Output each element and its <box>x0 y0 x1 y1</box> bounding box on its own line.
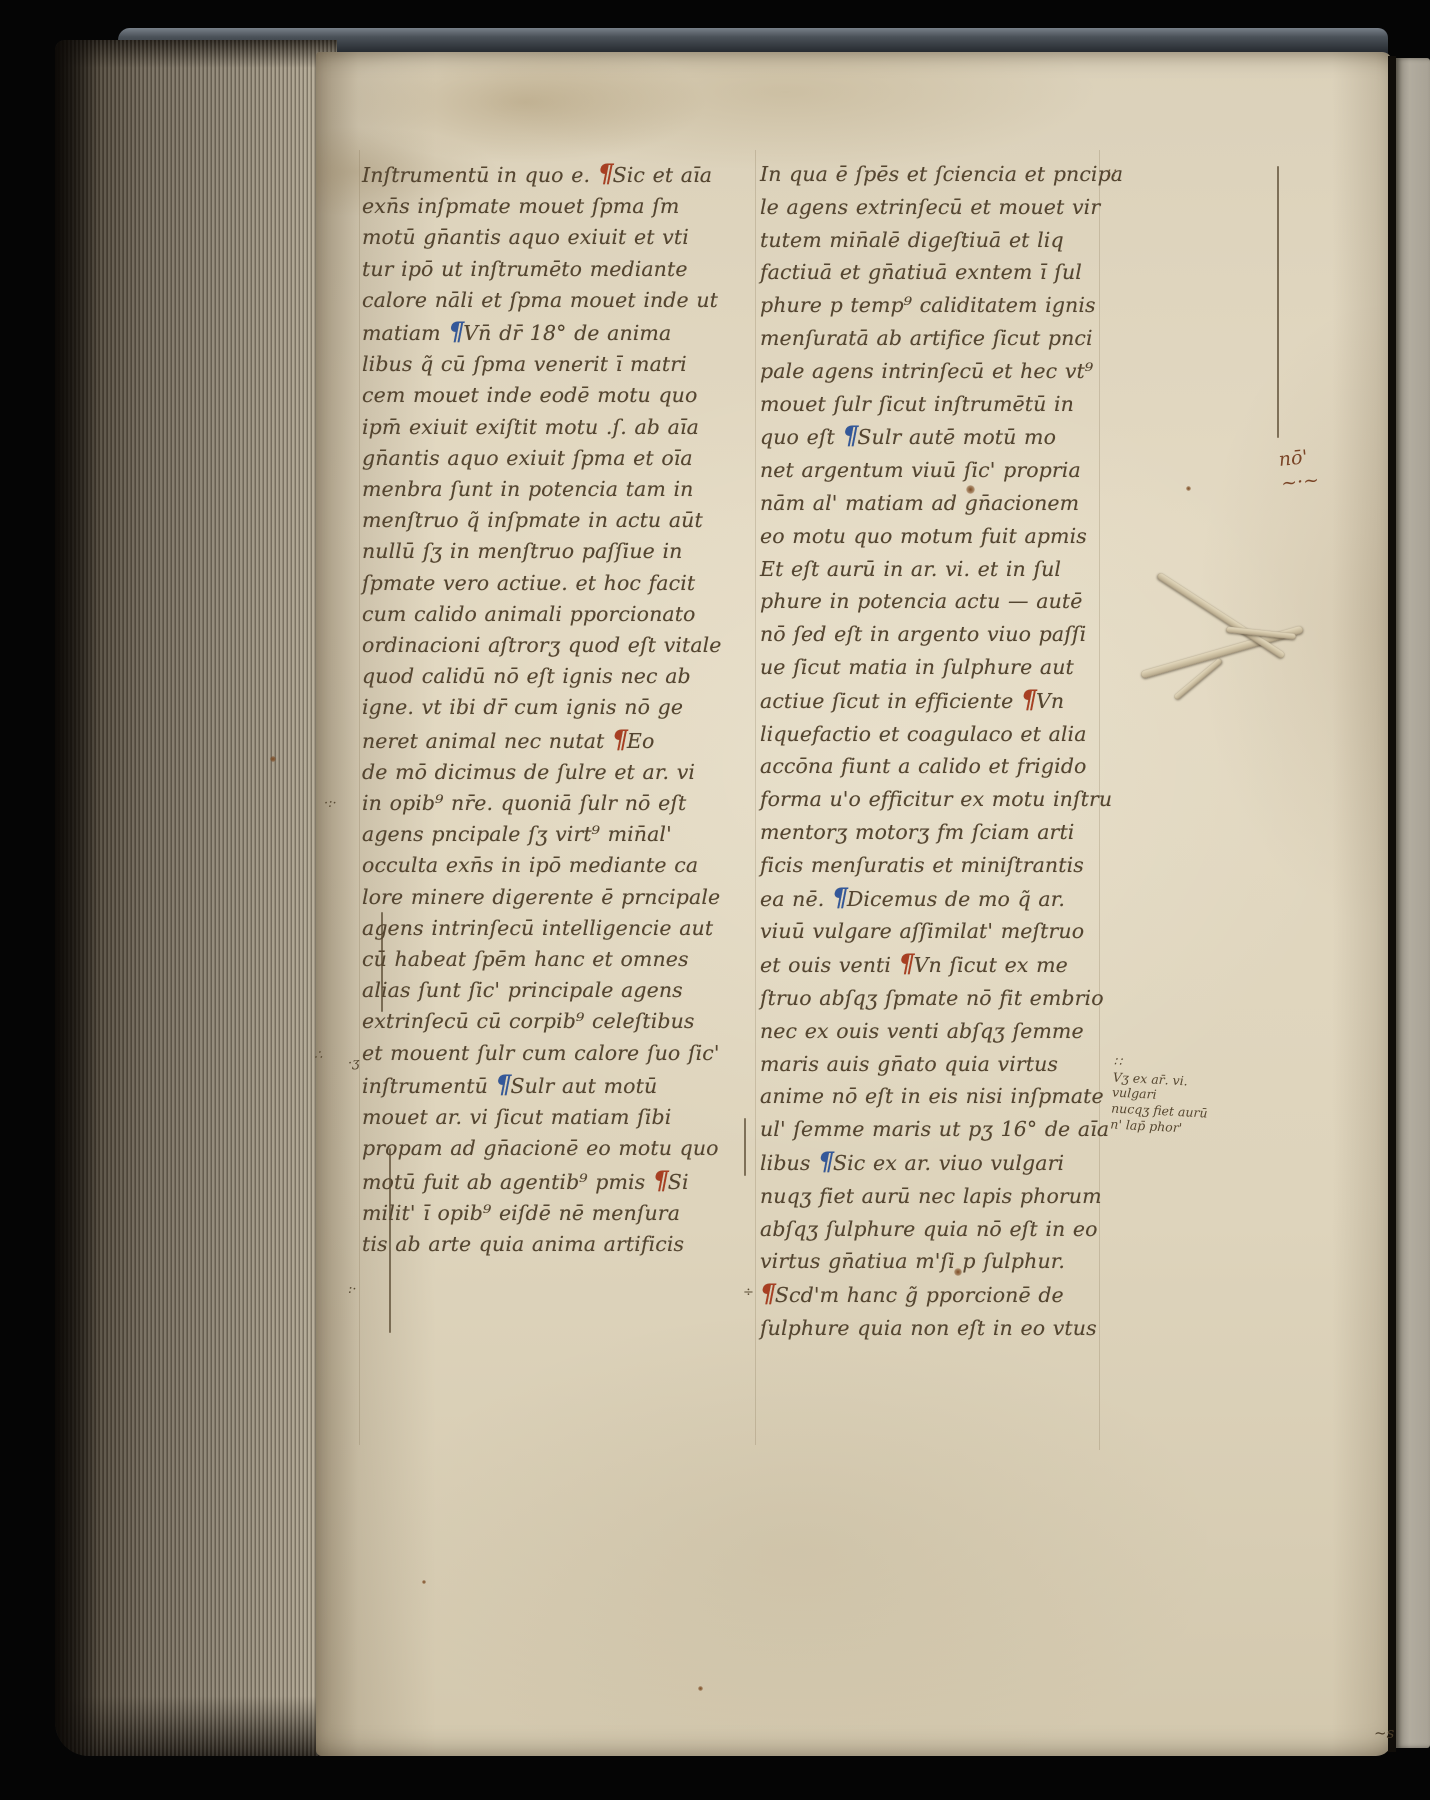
text-line: phure p temp⁹ caliditatem ignis <box>760 289 1123 322</box>
text-line: maris auis gn̄ato quia virtus <box>760 1048 1123 1081</box>
line-text: nullū ſʒ in menſtruo paſſiue in <box>362 539 682 563</box>
text-line: libus q̃ cū ſpma venerit ī matri <box>362 349 722 380</box>
text-line: menſuratā ab artifice ſicut pnci <box>760 322 1123 355</box>
text-line: nuqʒ fiet aurū nec lapis phorum <box>760 1180 1123 1213</box>
line-text: viuū vulgare aſſimilat' meſtruo <box>760 919 1084 943</box>
text-column-right: In qua ē ſpēs et ſciencia et pncipale ag… <box>760 158 1123 1345</box>
line-text: Vn̄ dr̄ 18° de anima <box>463 321 671 345</box>
text-line: Et eſt aurū in ar. vi. et in ſul <box>760 553 1123 586</box>
paragraph-mark-blue: ¶ <box>832 883 847 912</box>
text-line: ue ſicut matia in ſulphure aut <box>760 651 1123 684</box>
text-line: Inſtrumentū in quo e. ¶Sic et aīa <box>362 158 722 191</box>
text-line: calore nāli et ſpma mouet inde ut <box>362 285 722 316</box>
line-text: lore minere digerente ē prncipale <box>362 885 720 909</box>
text-line: accōna fiunt a calido et frigido <box>760 750 1123 783</box>
line-text: Sulr autē motū mo <box>857 425 1056 449</box>
text-line: exn̄s inſpmate mouet ſpma ſm <box>362 191 722 222</box>
paragraph-mark-red: ¶ <box>653 1166 668 1195</box>
text-line: quo eſt ¶Sulr autē motū mo <box>760 420 1123 454</box>
line-text: virtus gn̄atiua m'ſi p ſulphur. <box>760 1249 1065 1273</box>
text-line: menbra ſunt in potencia tam in <box>362 474 722 505</box>
line-text: nām al' matiam ad gn̄acionem <box>760 491 1079 515</box>
margin-mark: ·ʒ <box>348 1056 359 1071</box>
text-line: viuū vulgare aſſimilat' meſtruo <box>760 915 1123 948</box>
line-text: eo motu quo motum fuit apmis <box>760 524 1087 548</box>
text-line: ſulphure quia non eſt in eo vtus <box>760 1312 1123 1345</box>
text-line: virtus gn̄atiua m'ſi p ſulphur. <box>760 1245 1123 1278</box>
text-line: ſpmate vero actiue. et hoc facit <box>362 568 722 599</box>
line-text: mouet ſulr ſicut inſtrumētū in <box>760 392 1074 416</box>
paragraph-mark-blue: ¶ <box>842 421 857 450</box>
line-text: ſpmate vero actiue. et hoc facit <box>362 571 695 595</box>
paragraph-mark-red: ¶ <box>612 725 627 754</box>
text-line: cum calido animali pporcionato <box>362 599 722 630</box>
line-text: cū habeat ſpēm hanc et omnes <box>362 947 689 971</box>
margin-mark: ∴ <box>314 1048 322 1063</box>
line-text: menbra ſunt in potencia tam in <box>362 477 693 501</box>
line-text: maris auis gn̄ato quia virtus <box>760 1052 1058 1076</box>
line-text: mentorʒ motorʒ fm ſciam arti <box>760 820 1074 844</box>
line-text: tis ab arte quia anima artificis <box>362 1232 684 1256</box>
line-text: nec ex ouis venti abſqʒ ſemme <box>760 1019 1084 1043</box>
text-line: tutem min̄alē digeſtiuā et liq <box>760 224 1123 257</box>
line-text: de mō dicimus de ſulre et ar. vi <box>362 760 695 784</box>
foxing-spot <box>966 485 975 494</box>
line-text: quod calidū nō eſt ignis nec ab <box>362 664 691 688</box>
line-text: net argentum viuū ſic' propria <box>760 458 1081 482</box>
line-text: Sic et aīa <box>613 163 712 187</box>
paragraph-mark-blue: ¶ <box>818 1147 833 1176</box>
text-line: libus ¶Sic ex ar. viuo vulgari <box>760 1146 1123 1180</box>
line-text: Dicemus de mo q̃ ar. <box>847 887 1065 911</box>
line-text: gn̄antis aquo exiuit ſpma et oīa <box>362 446 693 470</box>
line-text: liquefactio et coagulaco et alia <box>760 722 1087 746</box>
line-text: agens intrinſecū intelligencie aut <box>362 916 713 940</box>
text-line: extrinſecū cū corpib⁹ celeſtibus <box>362 1006 722 1037</box>
text-line: motū fuit ab agentib⁹ pmis ¶Si <box>362 1165 722 1198</box>
line-text: Vn ſicut ex me <box>914 953 1068 977</box>
line-text: libus <box>760 1151 818 1175</box>
line-text: Vn <box>1036 689 1064 713</box>
line-text: Sulr aut motū <box>510 1074 657 1098</box>
margin-mark: ~s <box>1374 1724 1394 1742</box>
line-text: pale agens intrinſecū et hec vt⁹ <box>760 359 1093 383</box>
text-line: ea nē. ¶Dicemus de mo q̃ ar. <box>760 882 1123 916</box>
line-text: motū fuit ab agentib⁹ pmis <box>362 1170 653 1194</box>
line-text: cum calido animali pporcionato <box>362 602 695 626</box>
line-text: accōna fiunt a calido et frigido <box>760 754 1086 778</box>
line-text: cem mouet inde eodē motu quo <box>362 383 697 407</box>
line-text: ficis menſuratis et miniſtrantis <box>760 853 1084 877</box>
text-line: mouet ar. vi ſicut matiam ſibi <box>362 1102 722 1133</box>
foxing-spot <box>954 1268 962 1276</box>
text-line: propam ad gn̄acionē eo motu quo <box>362 1133 722 1164</box>
text-line: lore minere digerente ē prncipale <box>362 882 722 913</box>
line-text: nuqʒ fiet aurū nec lapis phorum <box>760 1184 1102 1208</box>
line-text: phure p temp⁹ caliditatem ignis <box>760 293 1096 317</box>
text-line: abſqʒ ſulphure quia nō eſt in eo <box>760 1213 1123 1246</box>
margin-mark: ÷ <box>743 1285 754 1300</box>
text-line: occulta exn̄s in ipō mediante ca <box>362 850 722 881</box>
text-line: cū habeat ſpēm hanc et omnes <box>362 944 722 975</box>
paragraph-mark-red: ¶ <box>598 159 613 188</box>
text-column-left: Inſtrumentū in quo e. ¶Sic et aīaexn̄s i… <box>362 158 722 1260</box>
gloss-line: ~·~ <box>1280 469 1320 497</box>
margin-mark: ∷ <box>1106 166 1115 182</box>
line-text: Eo <box>627 729 655 753</box>
text-line: net argentum viuū ſic' propria <box>760 454 1123 487</box>
line-text: abſqʒ ſulphure quia nō eſt in eo <box>760 1217 1098 1241</box>
text-line: nec ex ouis venti abſqʒ ſemme <box>760 1015 1123 1048</box>
ruling-line <box>359 150 360 1445</box>
margin-mark: ·:· <box>324 796 337 811</box>
line-text: milit' ī opib⁹ eiſdē nē menſura <box>362 1201 680 1225</box>
line-text: occulta exn̄s in ipō mediante ca <box>362 853 698 877</box>
text-line: mentorʒ motorʒ fm ſciam arti <box>760 816 1123 849</box>
line-text: propam ad gn̄acionē eo motu quo <box>362 1136 719 1160</box>
line-text: motū gn̄antis aquo exiuit et vti <box>362 225 689 249</box>
paragraph-mark-red: ¶ <box>899 949 914 978</box>
line-text: menſtruo q̃ inſpmate in actu aūt <box>362 508 703 532</box>
line-text: tur ipō ut inſtrumēto mediante <box>362 257 688 281</box>
text-line: matiam ¶Vn̄ dr̄ 18° de anima <box>362 316 722 349</box>
line-text: alias ſunt ſic' principale agens <box>362 978 683 1002</box>
nota-mark: nō'~·~ <box>1278 445 1321 496</box>
line-text: et ouis venti <box>760 953 899 977</box>
text-line: pale agens intrinſecū et hec vt⁹ <box>760 355 1123 388</box>
line-text: in opib⁹ nr̄e. quoniā ſulr nō eſt <box>362 791 686 815</box>
text-line: liquefactio et coagulaco et alia <box>760 718 1123 751</box>
text-line: factiuā et gn̄atiuā exntem ī ſul <box>760 256 1123 289</box>
text-line: in opib⁹ nr̄e. quoniā ſulr nō eſt <box>362 788 722 819</box>
line-text: igne. vt ibi dr̄ cum ignis nō ge <box>362 695 683 719</box>
text-line: nām al' matiam ad gn̄acionem <box>760 487 1123 520</box>
text-line: tis ab arte quia anima artificis <box>362 1229 722 1260</box>
text-line: alias ſunt ſic' principale agens <box>362 975 722 1006</box>
text-line: nō ſed eſt in argento viuo paſſi <box>760 618 1123 651</box>
text-line: mouet ſulr ſicut inſtrumētū in <box>760 388 1123 421</box>
line-text: tutem min̄alē digeſtiuā et liq <box>760 228 1064 252</box>
line-text: Scd'm hanc g̃ pporcionē de <box>775 1283 1064 1307</box>
line-text: calore nāli et ſpma mouet inde ut <box>362 288 718 312</box>
text-line: le agens extrinſecū et mouet vir <box>760 191 1123 224</box>
text-line: eo motu quo motum fuit apmis <box>760 520 1123 553</box>
paragraph-mark-blue: ¶ <box>496 1070 511 1099</box>
line-text: mouet ar. vi ſicut matiam ſibi <box>362 1105 671 1129</box>
pen-stroke <box>1277 166 1279 438</box>
text-line: anime nō eſt in eis nisi inſpmate <box>760 1080 1123 1113</box>
line-text: nō ſed eſt in argento viuo paſſi <box>760 622 1086 646</box>
foxing-spot <box>270 756 276 762</box>
line-text: libus q̃ cū ſpma venerit ī matri <box>362 352 687 376</box>
line-text: inſtrumentū <box>362 1074 496 1098</box>
line-text: exn̄s inſpmate mouet ſpma ſm <box>362 194 679 218</box>
foxing-spot <box>698 1686 703 1691</box>
text-line: tur ipō ut inſtrumēto mediante <box>362 254 722 285</box>
text-line: ¶Scd'm hanc g̃ pporcionē de <box>760 1278 1123 1312</box>
text-line: ficis menſuratis et miniſtrantis <box>760 849 1123 882</box>
paragraph-mark-red: ¶ <box>1021 685 1036 714</box>
paragraph-mark-blue: ¶ <box>448 317 463 346</box>
line-text: ſulphure quia non eſt in eo vtus <box>760 1316 1097 1340</box>
line-text: ipm̄ exiuit exiſtit motu .ſ. ab aīa <box>362 415 699 439</box>
text-line: milit' ī opib⁹ eiſdē nē menſura <box>362 1198 722 1229</box>
line-text: neret animal nec nutat <box>362 729 612 753</box>
margin-mark: :· <box>348 1282 357 1297</box>
line-text: ul' ſemme maris ut pʒ 16° de aīa <box>760 1117 1109 1141</box>
ruling-line <box>755 150 756 1445</box>
next-page-edge <box>1396 58 1430 1748</box>
line-text: extrinſecū cū corpib⁹ celeſtibus <box>362 1009 695 1033</box>
text-line: quod calidū nō eſt ignis nec ab <box>362 661 722 692</box>
line-text: agens pncipale ſʒ virt⁹ min̄al' <box>362 822 672 846</box>
pen-stroke <box>744 1118 746 1176</box>
text-line: ipm̄ exiuit exiſtit motu .ſ. ab aīa <box>362 412 722 443</box>
line-text: In qua ē ſpēs et ſciencia et pncipa <box>760 162 1123 186</box>
text-line: actiue ſicut in efficiente ¶Vn <box>760 684 1123 718</box>
text-line: forma u'o efficitur ex motu inſtru <box>760 783 1123 816</box>
text-line: et mouent ſulr cum calore ſuo ſic' <box>362 1038 722 1069</box>
text-line: phure in potencia actu — autē <box>760 585 1123 618</box>
paragraph-mark-red: ¶ <box>760 1279 775 1308</box>
line-text: le agens extrinſecū et mouet vir <box>760 195 1100 219</box>
text-line: gn̄antis aquo exiuit ſpma et oīa <box>362 443 722 474</box>
text-line: In qua ē ſpēs et ſciencia et pncipa <box>760 158 1123 191</box>
line-text: Si <box>668 1170 689 1194</box>
line-text: anime nō eſt in eis nisi inſpmate <box>760 1084 1104 1108</box>
text-line: menſtruo q̃ inſpmate in actu aūt <box>362 505 722 536</box>
line-text: Sic ex ar. viuo vulgari <box>833 1151 1064 1175</box>
text-line: neret animal nec nutat ¶Eo <box>362 724 722 757</box>
text-line: motū gn̄antis aquo exiuit et vti <box>362 222 722 253</box>
text-line: inſtrumentū ¶Sulr aut motū <box>362 1069 722 1102</box>
page-gap <box>1388 56 1396 1752</box>
line-text: actiue ſicut in efficiente <box>760 689 1021 713</box>
text-line: de mō dicimus de ſulre et ar. vi <box>362 757 722 788</box>
text-line: et ouis venti ¶Vn ſicut ex me <box>760 948 1123 982</box>
text-line: ſtruo abſqʒ ſpmate nō fit embrio <box>760 982 1123 1015</box>
line-text: factiuā et gn̄atiuā exntem ī ſul <box>760 260 1082 284</box>
spine-shadow <box>55 40 101 1756</box>
pen-stroke <box>381 912 383 1012</box>
line-text: matiam <box>362 321 448 345</box>
line-text: phure in potencia actu — autē <box>760 589 1082 613</box>
foxing-spot <box>422 1580 426 1584</box>
pen-stroke <box>389 1148 391 1333</box>
text-line: igne. vt ibi dr̄ cum ignis nō ge <box>362 692 722 723</box>
line-text: menſuratā ab artifice ſicut pnci <box>760 326 1093 350</box>
gloss-lower-right: ∷Vʒ ex ar̄. vi.vulgarinucqʒ fiet aurūn' … <box>1110 1054 1210 1137</box>
line-text: ordinacioni aſtrorʒ quod eſt vitale <box>362 633 722 657</box>
foxing-spot <box>1186 486 1191 491</box>
line-text: Inſtrumentū in quo e. <box>362 163 598 187</box>
text-line: cem mouet inde eodē motu quo <box>362 380 722 411</box>
line-text: Et eſt aurū in ar. vi. et in ſul <box>760 557 1061 581</box>
line-text: quo eſt <box>760 425 842 449</box>
manuscript-photo: Inſtrumentū in quo e. ¶Sic et aīaexn̄s i… <box>0 0 1430 1800</box>
line-text: forma u'o efficitur ex motu inſtru <box>760 787 1112 811</box>
text-line: agens intrinſecū intelligencie aut <box>362 913 722 944</box>
text-line: agens pncipale ſʒ virt⁹ min̄al' <box>362 819 722 850</box>
text-line: ordinacioni aſtrorʒ quod eſt vitale <box>362 630 722 661</box>
text-line: nullū ſʒ in menſtruo paſſiue in <box>362 536 722 567</box>
text-line: ul' ſemme maris ut pʒ 16° de aīa <box>760 1113 1123 1146</box>
line-text: ue ſicut matia in ſulphure aut <box>760 655 1074 679</box>
line-text: et mouent ſulr cum calore ſuo ſic' <box>362 1041 720 1065</box>
line-text: ea nē. <box>760 887 832 911</box>
line-text: ſtruo abſqʒ ſpmate nō fit embrio <box>760 986 1104 1010</box>
